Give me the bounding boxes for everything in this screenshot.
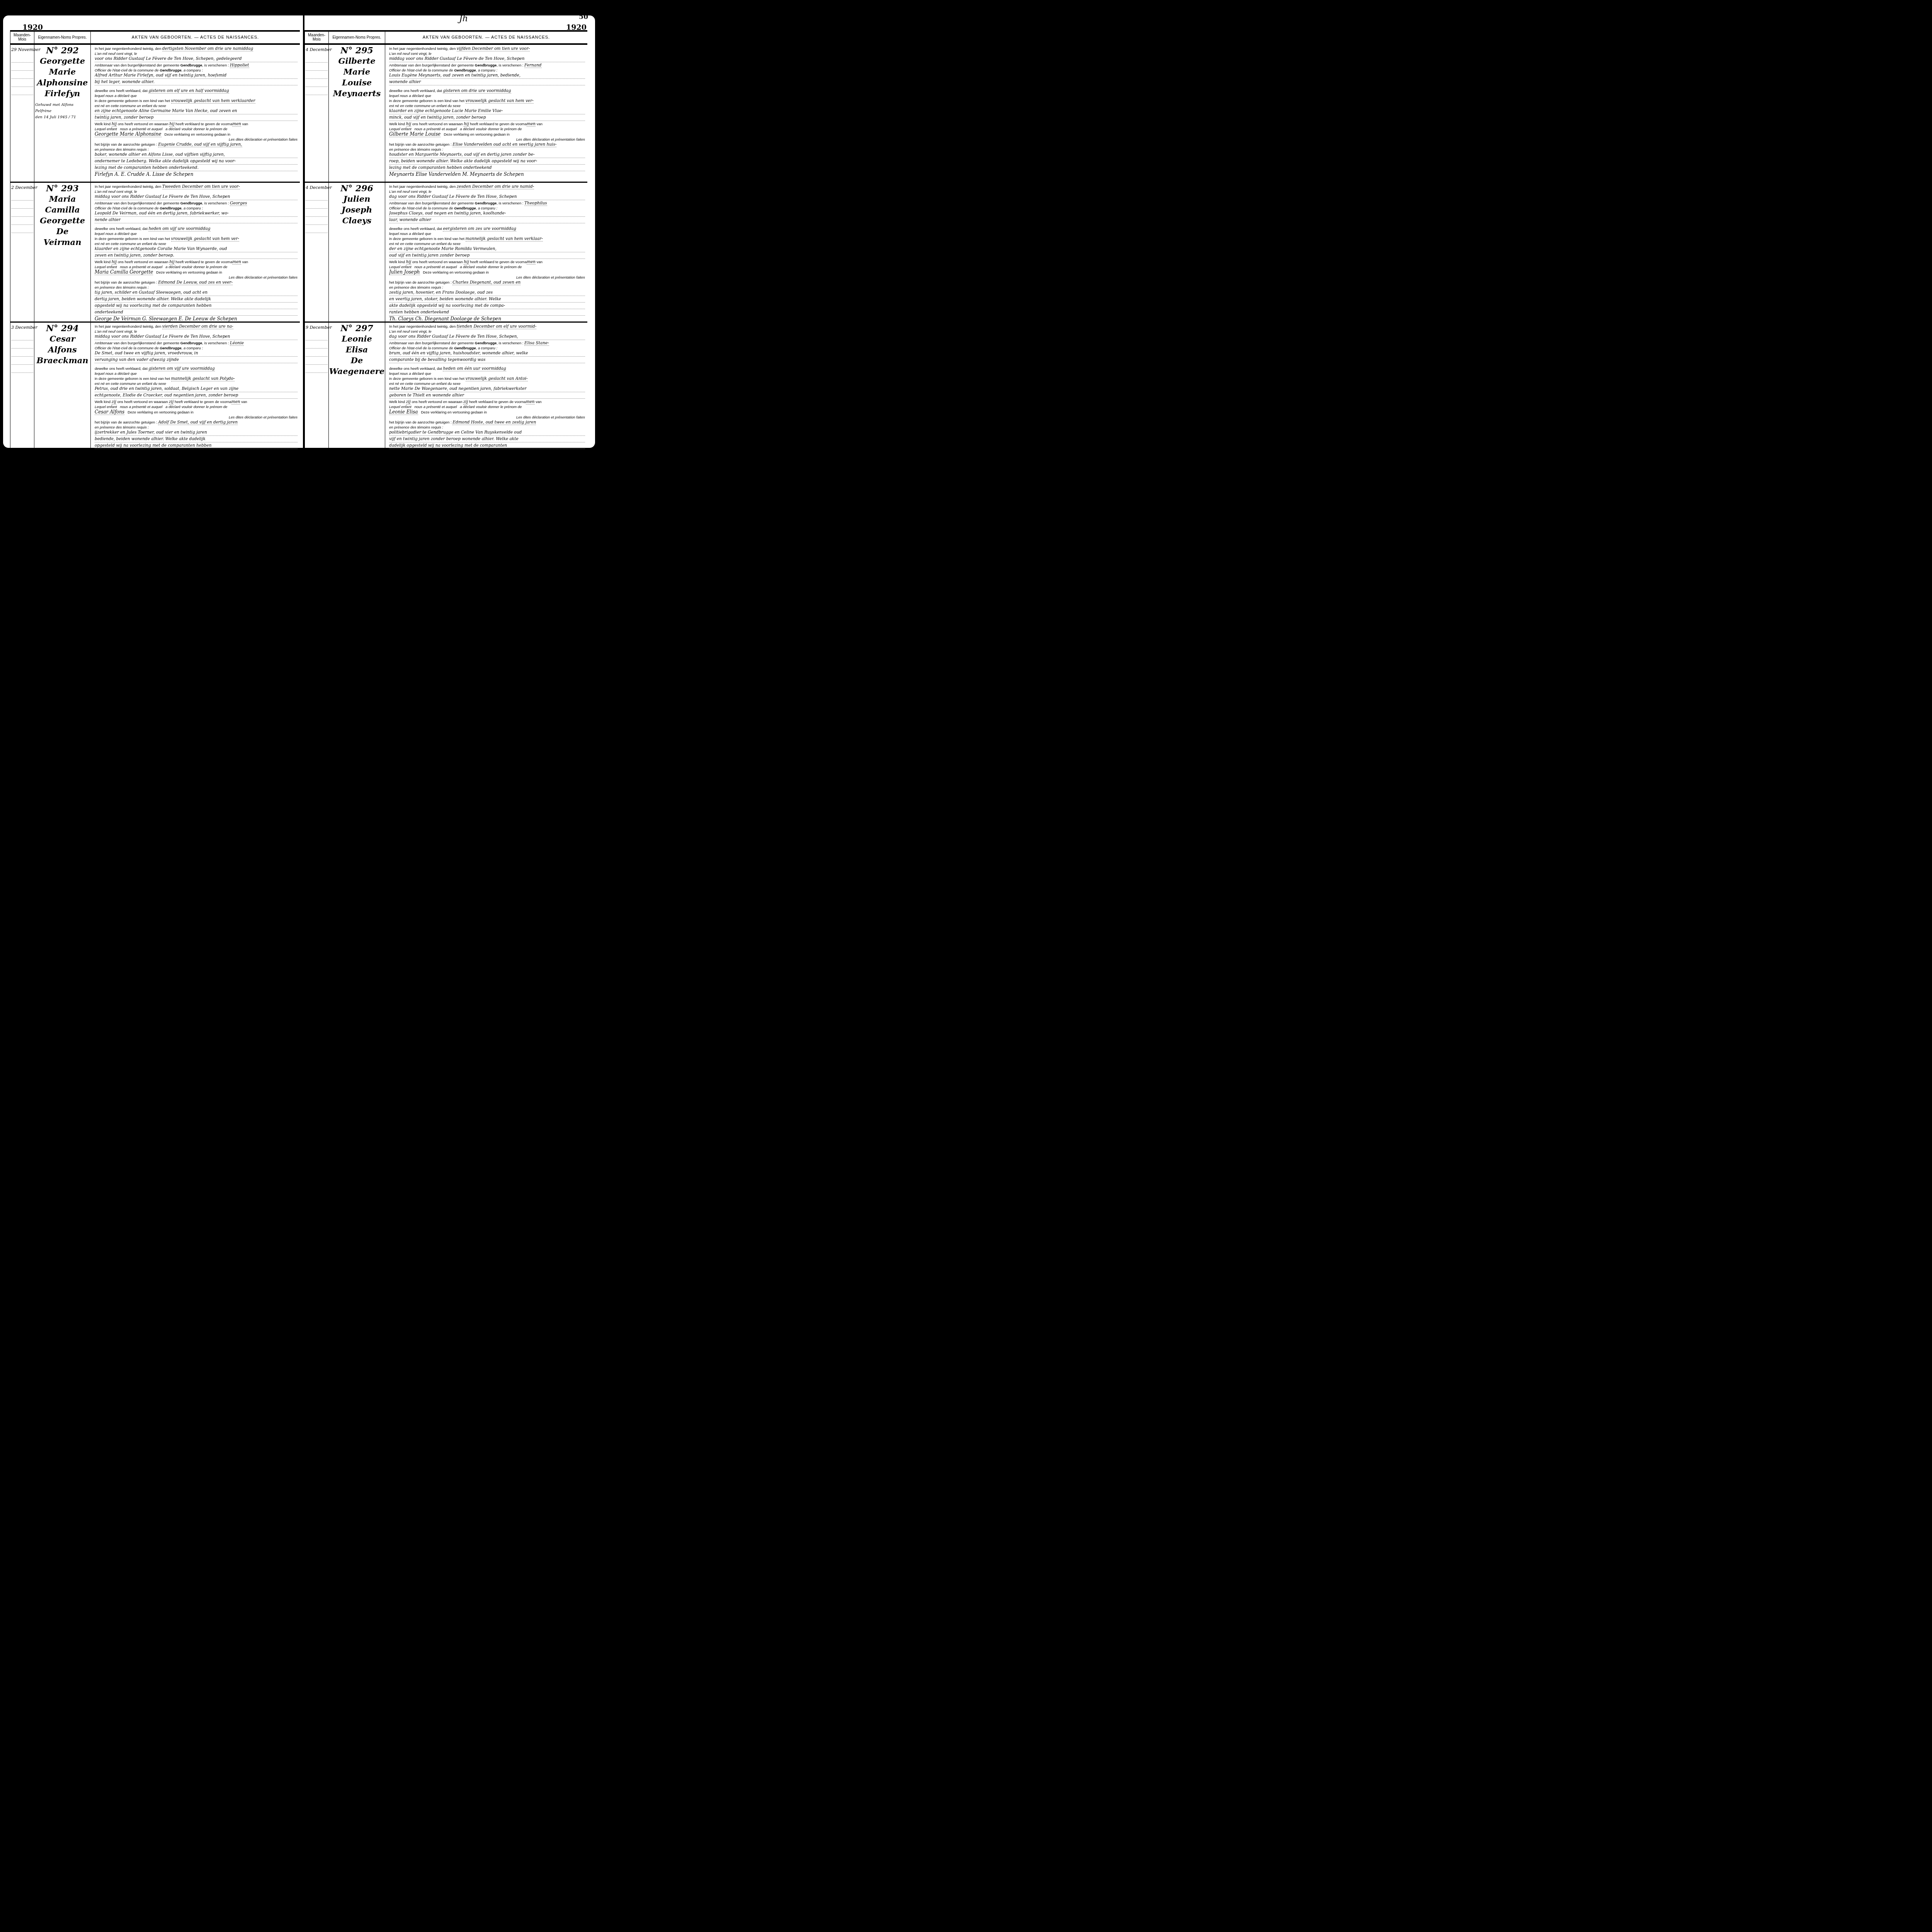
witness-text: zestig jaren, hovenier, en Frans Doolaeg…	[389, 290, 585, 316]
month-cell: 9 December	[305, 322, 329, 455]
birth-time: gisteren om vijf ure voormiddag	[148, 366, 214, 371]
declarant-cont: comparante bij de bevalling tegenwoordig…	[389, 357, 585, 363]
witness-line: dertig jaren, beiden wonende alhier. Wel…	[95, 297, 298, 303]
witness-line: roep, beiden wonende alhier. Welke akte …	[389, 159, 585, 165]
act-date: zesden December om drie ure namid-	[457, 184, 534, 189]
witness-text: houdster en Marguerite Meynaerts, oud vi…	[389, 152, 585, 171]
signatures: Meynaerts Elise Vandervelden M. Meynaert…	[389, 172, 585, 177]
child-name-part: Camilla	[34, 204, 90, 215]
child-name-part: Georgette	[34, 56, 90, 66]
mother: klaarder en zijne echtgenoote Lucie Mari…	[389, 109, 585, 114]
entry-date: 4 December	[305, 183, 328, 192]
names-cell: N° 292 GeorgetteMarieAlphonsineFirlefyn …	[34, 44, 91, 182]
witness-line: dadelijk opgesteld wij na voorlezing met…	[389, 443, 585, 449]
child-names: MariaCamillaGeorgetteDeVeirman	[34, 194, 90, 248]
officiating-officer: dag voor ons Ridder Gustaaf Le Fèvere de…	[389, 194, 585, 200]
given-names: Julien Joseph	[389, 270, 420, 275]
declarant: Leopold De Veirman, oud één en dertig ja…	[95, 211, 298, 217]
child-name-part: Marie	[34, 66, 90, 77]
declarant-cont: vervanging van den vader afwezig zijnde	[95, 357, 298, 363]
birth-entry: 9 December N° 297 LeonieElisaDe Waegenae…	[305, 322, 588, 455]
mother: Petrus, oud drie en twintig jaren, solda…	[95, 386, 298, 392]
declarant-cont: bij het leger, wonende alhier.	[95, 80, 298, 85]
mother-cont: geboren te Thielt en wonende alhier	[389, 393, 585, 399]
margin-note: Gehuwd met Alfons Pelfrèneden 14 Juli 19…	[34, 102, 90, 121]
child-name-part: Elisa	[329, 344, 385, 355]
act-number: N° 294	[34, 323, 90, 333]
right-page: Jh 50 1920 Maanden-Mois Eigennamen-Noms …	[304, 15, 595, 448]
witness-line: vijf en twintig jaren zonder beroep wone…	[389, 437, 585, 442]
child-name-part: Braeckman	[34, 355, 90, 366]
month-cell: 4 December	[305, 44, 329, 182]
witness-line: ijzertrekker en Jules Toerner, oud vier …	[95, 430, 298, 436]
names-cell: N° 296 JulienJosephClaeys	[329, 182, 385, 322]
given-names: Maria Camilla Georgette	[95, 270, 153, 275]
first-witness: Eugenie Crudde, oud vijf en vijftig jare…	[158, 142, 242, 147]
first-witness: Adolf De Smet, oud vijf en dertig jaren	[158, 420, 238, 425]
birth-entry: 2 December N° 293 MariaCamillaGeorgetteD…	[10, 182, 300, 322]
witness-text: politiebrigadier te Gendbrugge en Celine…	[389, 430, 585, 455]
declarant: Josephus Claeys, oud negen en twintig ja…	[389, 211, 585, 217]
witness-line: lezing met de comparanten hebben onderte…	[389, 165, 585, 171]
child-name-part: De Waegenaere	[329, 355, 385, 377]
mother-cont: twintig jaren, zonder beroep	[95, 115, 298, 121]
witness-line: akte dadelijk opgesteld wij na voorlezin…	[389, 303, 585, 309]
entry-date: 2 December	[10, 183, 34, 192]
header-month: Maanden-Mois	[10, 31, 34, 44]
child-sex: vrouwelijk geslacht van hem ver-	[171, 236, 239, 241]
witness-line: houdster en Marguerite Meynaerts, oud vi…	[389, 152, 585, 158]
declarant-first-name: Elisa Stane-	[524, 341, 549, 346]
birth-entry: 3 December N° 294 CesarAlfonsBraeckman I…	[10, 322, 300, 455]
child-name-part: Julien	[329, 194, 385, 204]
given-names: Leonie Elisa	[389, 410, 418, 415]
act-number: N° 292	[34, 46, 90, 56]
register-table: Maanden-Mois Eigennamen-Noms Propres. AK…	[304, 30, 587, 455]
first-witness: Elise Vandervelden oud acht en veertig j…	[452, 142, 556, 147]
child-names: JulienJosephClaeys	[329, 194, 385, 226]
witness-line: hebben onderteekend, behalve de aangifst…	[389, 450, 585, 455]
act-date: vierden December om drie ure na-	[162, 324, 233, 329]
child-name-part: Joseph	[329, 204, 385, 215]
act-text-cell: In het jaar negentienhonderd twintig, de…	[385, 182, 588, 322]
birth-entry: 4 December N° 295 GilberteMarieLouiseMey…	[305, 44, 588, 182]
mother-cont: oud vijf en twintig jaren zonder beroep	[389, 253, 585, 259]
declarant-cont: wonende alhier	[389, 80, 585, 85]
child-name-part: Gilberte	[329, 56, 385, 66]
birth-time: gisteren om drie ure voormiddag	[443, 88, 511, 94]
witness-line: zestig jaren, hovenier, en Frans Doolaeg…	[389, 290, 585, 296]
month-cell: 4 December	[305, 182, 329, 322]
child-sex: vrouwelijk geslacht van Antoi-	[466, 376, 528, 381]
child-name-part: Claeys	[329, 215, 385, 226]
child-name-part: Alfons	[34, 344, 90, 355]
signatures: Firlefyn A. E. Crudde A. Lisse de Schepe…	[95, 172, 298, 177]
entry-date: 4 December	[305, 45, 328, 54]
child-name-part: Firlefyn	[34, 88, 90, 99]
folio-number: 50	[579, 13, 588, 21]
witness-line: onderteekend	[95, 310, 298, 316]
signatures: Th. Claeys Ch. Diegenant Doolaege de Sch…	[389, 316, 585, 321]
child-name-part: Maria	[34, 194, 90, 204]
witness-line: opgesteld wij na voorlezing met de compa…	[95, 303, 298, 309]
act-date: tienden December om elf ure voormid-	[457, 324, 537, 329]
birth-time: gisteren om elf ure en half voormiddag	[148, 88, 229, 94]
child-names: GilberteMarieLouiseMeynaerts	[329, 56, 385, 99]
child-name-part: Meynaerts	[329, 88, 385, 99]
act-number: N° 296	[329, 184, 385, 194]
child-names: LeonieElisaDe Waegenaere	[329, 333, 385, 377]
child-name-part: Louise	[329, 77, 385, 88]
act-date: dertigsten November om drie ure namiddag	[162, 46, 253, 51]
birth-time: eergisteren om zes ure voormiddag	[443, 226, 516, 231]
registrar-initials: Jh	[459, 14, 468, 24]
entry-date: 29 November	[10, 45, 34, 54]
mother-cont: minck, oud vijf en twintig jaren, zonder…	[389, 115, 585, 121]
child-sex: vrouwelijk geslacht van hem verklaarder	[171, 99, 255, 104]
first-witness: Edmond Hoste, oud twee en zestig jaren	[452, 420, 536, 425]
margin-note-line: Gehuwd met Alfons Pelfrène	[35, 102, 90, 114]
act-text-cell: In het jaar negentienhonderd twintig, de…	[385, 44, 588, 182]
act-number: N° 295	[329, 46, 385, 56]
mother-cont: echtgenoote, Elodie de Craecker, oud neg…	[95, 393, 298, 399]
witness-line: politiebrigadier te Gendbrugge en Celine…	[389, 430, 585, 436]
act-text-cell: In het jaar negentienhonderd twintig, de…	[91, 182, 300, 322]
signatures: George De Veirman G. Sleewaegen E. De Le…	[95, 316, 298, 321]
header-title: AKTEN VAN GEBOORTEN. — ACTES DE NAISSANC…	[91, 31, 300, 44]
pencil-mark: ·	[26, 12, 27, 17]
child-name-part: Alphonsine	[34, 77, 90, 88]
child-name-part: Georgette	[34, 215, 90, 226]
birth-entry: 29 November N° 292 GeorgetteMarieAlphons…	[10, 44, 300, 182]
child-names: GeorgetteMarieAlphonsineFirlefyn	[34, 56, 90, 99]
act-text-cell: In het jaar negentienhonderd twintig, de…	[91, 44, 300, 182]
witness-line: en veertig jaren, stoker, beiden wonende…	[389, 297, 585, 303]
act-date: vijfden December om tien ure voor-	[457, 46, 530, 51]
witness-text: tig jaren, schilder en Gustaaf Sleewaege…	[95, 290, 298, 316]
names-cell: N° 297 LeonieElisaDe Waegenaere	[329, 322, 385, 455]
witness-line: ondernemer te Ledeberg. Welke akte dadel…	[95, 159, 298, 165]
act-text-cell: In het jaar negentienhonderd twintig, de…	[91, 322, 300, 455]
mother: klaarder en zijne echtgenoote Coralie Ma…	[95, 247, 298, 252]
witness-line: baker, wonende alhier en Alfons Lisse, o…	[95, 152, 298, 158]
left-page: · 1920 Maanden-Mois Eigennamen-Noms Prop…	[3, 15, 303, 448]
declarant: De Smet, oud twee en vijftig jaren, vroe…	[95, 351, 298, 357]
month-cell: 2 December	[10, 182, 34, 322]
register-table: Maanden-Mois Eigennamen-Noms Propres. AK…	[10, 30, 300, 455]
header-title: AKTEN VAN GEBOORTEN. — ACTES DE NAISSANC…	[385, 31, 588, 44]
birth-time: heden om vijf ure voormiddag	[148, 226, 210, 231]
child-name-part: De	[34, 226, 90, 237]
child-name-part: Veirman	[34, 237, 90, 248]
declarant-first-name: Georges	[230, 201, 247, 206]
header-names: Eigennamen-Noms Propres.	[34, 31, 91, 44]
given-names: Cesar Alfons	[95, 410, 124, 415]
child-sex: mannelijk geslacht van Polydo-	[171, 376, 235, 381]
names-cell: N° 295 GilberteMarieLouiseMeynaerts	[329, 44, 385, 182]
entry-date: 3 December	[10, 323, 34, 332]
month-cell: 3 December	[10, 322, 34, 455]
act-text-cell: In het jaar negentienhonderd twintig, de…	[385, 322, 588, 455]
officiating-officer: middag voor ons Ridder Gustaaf Le Fèvere…	[389, 56, 585, 62]
declarant-cont: laar, wonende alhier	[389, 218, 585, 223]
declarant-cont: nende alhier	[95, 218, 298, 223]
mother: en zijne echtgenoote Aline Germaine Mari…	[95, 109, 298, 114]
declarant-first-name: Léonie	[230, 341, 244, 346]
declarant: Alfred Arthur Marie Firlefyn, oud vijf e…	[95, 73, 298, 79]
declarant-first-name: Theophilus	[524, 201, 547, 206]
witness-line: tig jaren, schilder en Gustaaf Sleewaege…	[95, 290, 298, 296]
given-names: Gilberte Marie Louise	[389, 132, 440, 137]
act-date: Tweeden December om tien ure voor-	[162, 184, 240, 189]
mother-cont: zeven en twintig jaren, zonder beroep.	[95, 253, 298, 259]
margin-note-line: den 14 Juli 1945 / 71	[35, 114, 90, 121]
witness-line: opgesteld wij na voorlezing met de compa…	[95, 443, 298, 449]
officiating-officer: voor ons Ridder Gustaaf Le Fèvere de Ten…	[95, 56, 298, 62]
entry-date: 9 December	[305, 323, 328, 332]
witness-line: lezing met de comparanten hebben onderte…	[95, 165, 298, 171]
child-name-part: Leonie	[329, 333, 385, 344]
declarant-first-name: Fernand	[524, 63, 541, 68]
witness-text: baker, wonende alhier en Alfons Lisse, o…	[95, 152, 298, 171]
act-number: N° 293	[34, 184, 90, 194]
witness-line: bediende, beiden wonende alhier. Welke a…	[95, 437, 298, 442]
officiating-officer: middag voor ons Ridder Gustaaf Le Fèvere…	[95, 334, 298, 340]
mother: nette Marie De Waegenaere, oud negentien…	[389, 386, 585, 392]
first-witness: Edmond De Leeuw, oud zes en veer-	[158, 280, 233, 285]
first-witness: Charles Diegenant, oud zeven en	[452, 280, 520, 285]
given-names: Georgette Marie Alphonsine	[95, 132, 162, 137]
witness-text: ijzertrekker en Jules Toerner, oud vier …	[95, 430, 298, 455]
officiating-officer: middag voor ons Ridder Gustaaf Le Fèvere…	[95, 194, 298, 200]
declarant: brum, oud één en vijftig jaren, huishoud…	[389, 351, 585, 357]
child-name-part: Marie	[329, 66, 385, 77]
witness-line: ranten hebben onderteekend	[389, 310, 585, 316]
declarant: Louis Eugène Meynaerts, oud zeven en twi…	[389, 73, 585, 79]
mother: der en zijne echtgenoote Marie Romilda V…	[389, 247, 585, 252]
header-names: Eigennamen-Noms Propres.	[329, 31, 385, 44]
names-cell: N° 294 CesarAlfonsBraeckman	[34, 322, 91, 455]
month-cell: 29 November	[10, 44, 34, 182]
declarant-first-name: Hippoliet	[230, 63, 249, 68]
witness-line: onderteekend	[95, 450, 298, 455]
child-name-part: Cesar	[34, 333, 90, 344]
birth-time: heden om één uur voormiddag	[443, 366, 506, 371]
birth-entry: 4 December N° 296 JulienJosephClaeys In …	[305, 182, 588, 322]
act-number: N° 297	[329, 323, 385, 333]
names-cell: N° 293 MariaCamillaGeorgetteDeVeirman	[34, 182, 91, 322]
child-names: CesarAlfonsBraeckman	[34, 333, 90, 366]
header-month: Maanden-Mois	[305, 31, 329, 44]
child-sex: mannelijk geslacht van hem verklaar-	[466, 236, 543, 241]
officiating-officer: dag voor ons Ridder Gustaaf Le Fèvere de…	[389, 334, 585, 340]
child-sex: vrouwelijk geslacht van hem ver-	[466, 99, 534, 104]
